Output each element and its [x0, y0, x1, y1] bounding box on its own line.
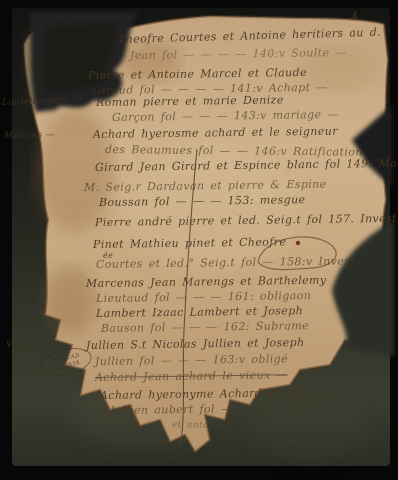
- entry-line: Roman pierre et marie Denize: [96, 93, 284, 109]
- margin-place-note-struck: Denis: [30, 364, 57, 374]
- entry-line: Pinet Mathieu pinet et Cheofre: [93, 235, 287, 251]
- margin-place-note: Vinsobres: [6, 339, 54, 350]
- entry-line: des Beaumues fol — — 146:v Ratification: [105, 143, 363, 159]
- folio-page-number: 4: [351, 10, 358, 23]
- margin-place-note: Mollans —: [4, 130, 55, 141]
- entry-line-struck: Achard Jean achard le vieux —: [95, 368, 288, 384]
- manuscript-scan: 4 Theofre Courtes et Antoine heritiers a…: [0, 0, 398, 480]
- trailing-fragment: et antoine d — —: [172, 420, 265, 432]
- entry-line: Jullien fol — — — 163:v obligé: [95, 352, 288, 368]
